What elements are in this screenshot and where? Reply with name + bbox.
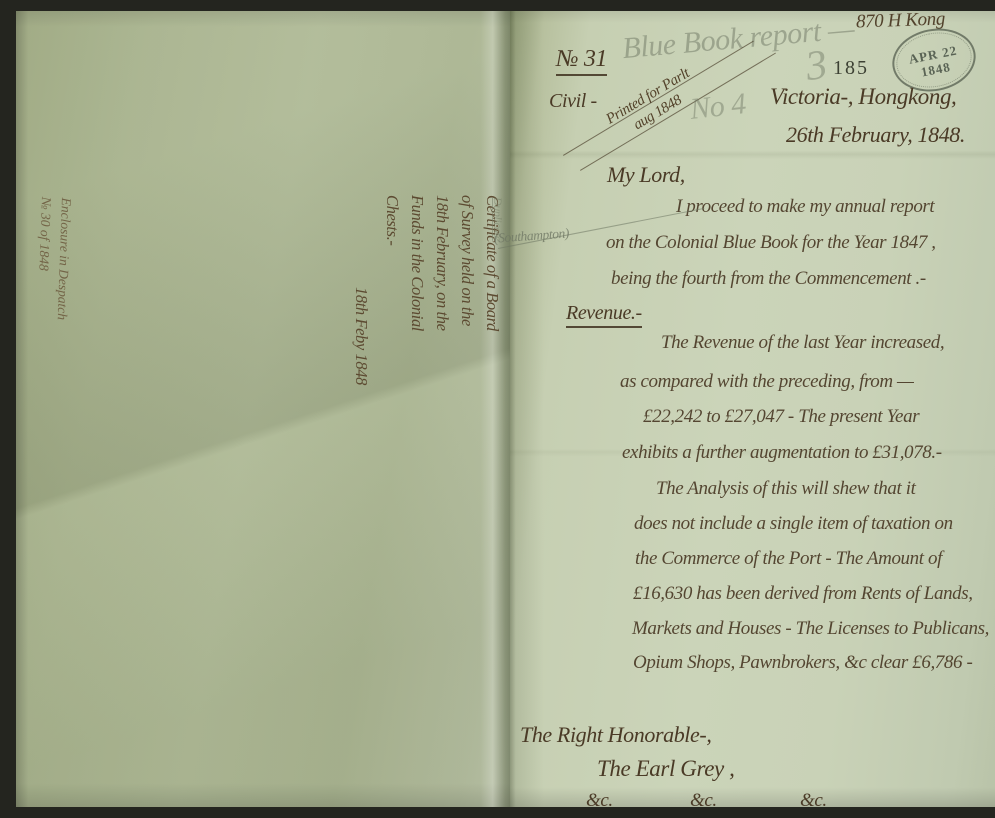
revenue-heading: Revenue.- [566, 302, 642, 328]
para3-line-3: the Commerce of the Port - The Amount of [635, 548, 942, 570]
para2-line-3: £22,242 to £27,047 - The present Year [643, 406, 919, 428]
docket-date: 18th Feby 1848 [349, 195, 380, 495]
para3-line-4: £16,630 has been derived from Rents of L… [633, 583, 973, 605]
para1-line-3: being the fourth from the Commencement .… [611, 268, 926, 290]
category-label: Civil - [549, 90, 597, 113]
para3-line-2: does not include a single item of taxati… [634, 513, 953, 535]
pencil-no4-note: No 4 [688, 87, 747, 127]
folio-number: 185 [833, 57, 869, 80]
para3-line-6: Opium Shops, Pawnbrokers, &c clear £6,78… [633, 652, 972, 674]
dateline-place: Victoria-, Hongkong, [770, 84, 956, 110]
para2-line-2: as compared with the preceding, from — [620, 371, 914, 393]
docket-line: Chests.- [380, 195, 405, 495]
para2-line-1: The Revenue of the last Year increased, [661, 332, 944, 354]
docket-line: 18th February, on the [430, 195, 455, 495]
enclosure-note: Enclosure in Despatch № 30 of 1848 [26, 196, 76, 365]
dateline-date: 26th February, 1848. [786, 122, 965, 148]
etc-mark-3: &c. [800, 790, 827, 812]
docket-line: of Survey held on the [455, 195, 480, 495]
para3-line-5: Markets and Houses - The Licenses to Pub… [632, 618, 989, 640]
scanned-letter: Certificate of a Board of Survey held on… [0, 0, 995, 818]
docket-line: Funds in the Colonial [405, 195, 430, 495]
addressee-line-1: The Right Honorable-, [520, 722, 711, 748]
para2-line-4: exhibits a further augmentation to £31,0… [622, 442, 942, 464]
para1-line-1: I proceed to make my annual report [676, 196, 934, 218]
etc-mark-1: &c. [586, 790, 613, 812]
addressee-line-2: The Earl Grey , [597, 756, 735, 782]
despatch-number: № 31 [556, 46, 607, 76]
salutation: My Lord, [607, 162, 685, 188]
para1-line-2: on the Colonial Blue Book for the Year 1… [606, 232, 936, 254]
etc-mark-2: &c. [690, 790, 717, 812]
docket-note: Certificate of a Board of Survey held on… [349, 195, 505, 495]
para3-line-1: The Analysis of this will shew that it [656, 478, 915, 500]
